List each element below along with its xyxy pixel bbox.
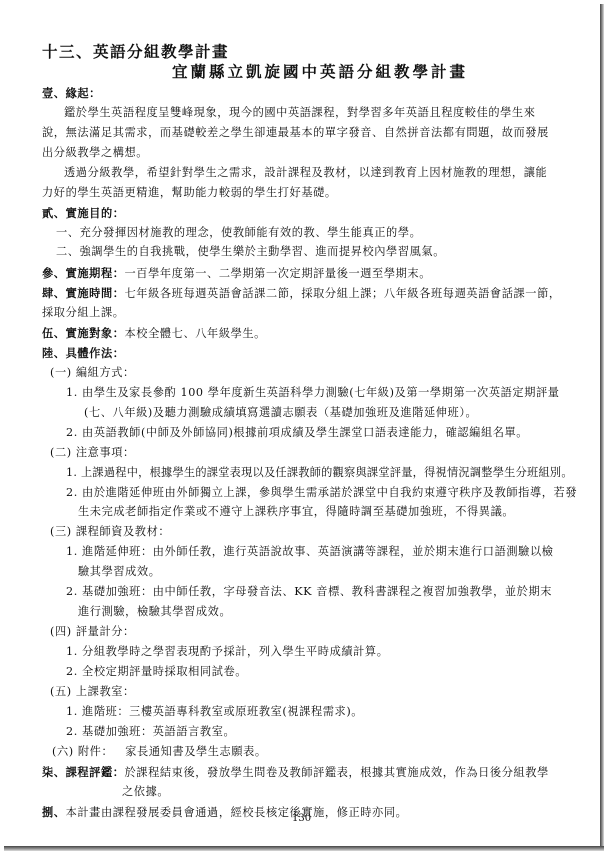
section-heading: 十三、英語分組教學計畫 <box>42 43 229 61</box>
subsection-title: (六) 附件： <box>52 745 113 758</box>
paragraph-line: 之依據。 <box>122 785 169 799</box>
subsection-title: (二) 注意事項： <box>50 446 135 460</box>
paragraph-line: 力好的學生英語更精進，幫助能力較弱的學生打好基礎。 <box>42 186 337 200</box>
heading-time: 肆、實施時間： <box>42 286 125 300</box>
evaluation-text: 於課程結束後，發放學生問卷及教師評鑑表，根據其實施成效，作為日後分組教學 <box>125 766 549 779</box>
approval-row: 捌、本計畫由課程發展委員會通過，經校長核定後實施，修正時亦同。 <box>42 805 407 820</box>
attachment-text: 家長通知書及學生志願表。 <box>125 745 266 758</box>
list-item: 一、充分發揮因材施教的理念，使教師能有效的教、學生能真正的學。 <box>56 226 421 240</box>
attachment-row: (六) 附件：家長通知書及學生志願表。 <box>52 745 267 759</box>
paragraph-line: 出分級教學之構想。 <box>42 146 148 160</box>
heading-evaluation: 柒、課程評鑑： <box>42 765 125 779</box>
heading-target: 伍、實施對象： <box>42 326 125 340</box>
list-item: 2. 由於進階延伸班由外師獨立上課，參與學生需承諾於課堂中自我約束遵守秩序及教師… <box>66 486 577 500</box>
list-item-continued: 生未完成老師指定作業或不遵守上課秩序事宜，得隨時調至基礎加強班，不得異議。 <box>78 505 514 519</box>
list-item-continued: 進行測驗，檢驗其學習成效。 <box>78 605 231 619</box>
document-title: 宜蘭縣立凱旋國中英語分組教學計畫 <box>172 63 468 81</box>
evaluation-row: 柒、課程評鑑：於課程結束後，發放學生問卷及教師評鑑表，根據其實施成效，作為日後分… <box>42 765 549 780</box>
subsection-title: (五) 上課教室： <box>50 685 135 699</box>
page-shadow-bottom <box>4 846 604 851</box>
list-item: 2. 基礎加強班：由中師任教，字母發音法、KK 音標、教科書課程之複習加強教學，… <box>66 585 552 599</box>
document-page: 十三、英語分組教學計畫 宜蘭縣立凱旋國中英語分組教學計畫 壹、緣起： 鑑於學生英… <box>0 0 600 846</box>
schedule-row: 參、實施期程：一百學年度第一、二學期第一次定期評量後一週至學期末。 <box>42 266 431 281</box>
target-text: 本校全體七、八年級學生。 <box>125 327 266 340</box>
list-item: 1. 上課過程中，根據學生的課堂表現以及任課教師的觀察與課堂評量，得視情況調整學… <box>66 466 573 480</box>
paragraph-line: 鑑於學生英語程度呈雙峰現象，現今的國中英語課程，對學習多年英語且程度較佳的學生來 <box>64 106 536 120</box>
list-item: 1. 進階班：三樓英語專科教室或原班教室(視課程需求)。 <box>66 705 363 719</box>
heading-origin: 壹、緣起： <box>42 86 101 100</box>
paragraph-line: 透過分級教學，希望針對學生之需求，設計課程及教材，以達到教育上因材施教的理想，讓… <box>64 166 547 180</box>
heading-objectives: 貳、實施目的： <box>42 206 125 220</box>
schedule-text: 一百學年度第一、二學期第一次定期評量後一週至學期末。 <box>125 267 431 280</box>
list-item-continued: (七、八年級)及聽力測驗成績填寫選讀志願表（基礎加強班及進階延伸班）。 <box>84 406 477 420</box>
heading-approval: 捌、 <box>42 805 66 819</box>
list-item: 1. 進階延伸班：由外師任教，進行英語說故事、英語演講等課程，並於期末進行口語測… <box>66 545 554 559</box>
target-row: 伍、實施對象：本校全體七、八年級學生。 <box>42 326 266 341</box>
subsection-title: (一) 編組方式： <box>50 366 135 380</box>
list-item: 2. 由英語教師(中師及外師協同)根據前項成績及學生課堂口語表達能力，確認編組名… <box>66 426 528 440</box>
approval-text: 本計畫由課程發展委員會通過，經校長核定後實施，修正時亦同。 <box>66 806 408 819</box>
list-item: 1. 分組教學時之學習表現酌予採計，列入學生平時成績計算。 <box>66 645 389 659</box>
heading-schedule: 參、實施期程： <box>42 266 125 280</box>
page-number: 130 <box>292 812 311 826</box>
paragraph-line: 採取分組上課。 <box>42 306 125 320</box>
heading-methods: 陸、具體作法： <box>42 346 125 360</box>
list-item: 2. 全校定期評量時採取相同試卷。 <box>66 665 247 679</box>
subsection-title: (四) 評量計分： <box>50 625 135 639</box>
paragraph-line: 說，無法滿足其需求，而基礎較差之學生卻連最基本的單字發音、自然拼音法都有問題，故… <box>42 126 549 140</box>
time-row: 肆、實施時間：七年級各班每週英語會話課二節，採取分組上課；八年級各班每週英語會話… <box>42 286 561 301</box>
time-text: 七年級各班每週英語會話課二節，採取分組上課；八年級各班每週英語會話課一節， <box>125 287 561 300</box>
subsection-title: (三) 課程師資及教材： <box>50 525 170 539</box>
list-item: 2. 基礎加強班：英語語言教室。 <box>66 725 235 739</box>
list-item: 1. 由學生及家長參酌 100 學年度新生英語科學力測驗(七年級)及第一學期第一… <box>66 386 560 400</box>
list-item: 二、強調學生的自我挑戰，使學生樂於主動學習、進而提昇校內學習風氣。 <box>56 245 445 259</box>
list-item-continued: 驗其學習成效。 <box>78 565 161 579</box>
page-shadow-right <box>600 4 604 851</box>
